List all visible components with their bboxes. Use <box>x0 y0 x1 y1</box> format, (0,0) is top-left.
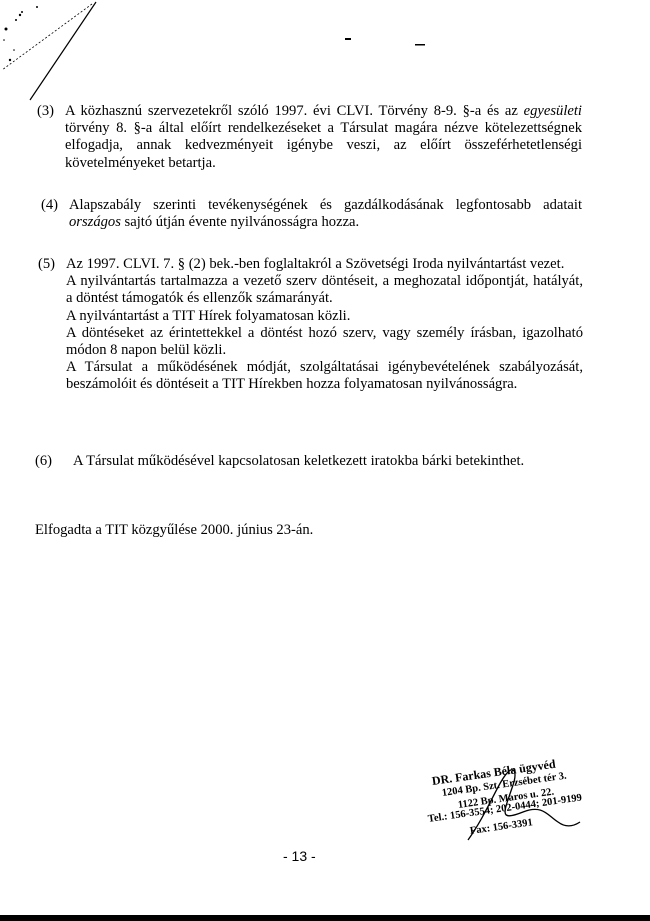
paragraph-number: (5) <box>38 256 55 273</box>
lawyer-stamp: DR. Farkas Béla ügyvéd 1204 Bp. Szt. Erz… <box>428 752 588 832</box>
paragraph-text: A közhasznú szervezetekről szóló 1997. é… <box>65 103 582 172</box>
paragraph-text: Alapszabály szerinti tevékenységének és … <box>69 197 582 231</box>
scan-edge-bar <box>0 915 650 921</box>
paragraph-line: A nyilvántartást a TIT Hírek folyamatosa… <box>66 308 583 325</box>
paragraph-number: (6) <box>35 453 52 470</box>
scan-artifact-corner-icon <box>0 0 110 110</box>
paragraph-line: Az 1997. CLVI. 7. § (2) bek.-ben foglalt… <box>66 256 583 273</box>
text-segment-italic: országos <box>69 214 121 230</box>
signature-icon <box>428 752 588 842</box>
paragraph-4: (4) Alapszabály szerinti tevékenységének… <box>41 197 582 231</box>
text-segment: törvény 8. §-a által előírt rendelkezése… <box>65 120 582 170</box>
paragraph-number: (4) <box>41 197 58 214</box>
paragraph-5: (5) Az 1997. CLVI. 7. § (2) bek.-ben fog… <box>38 256 583 394</box>
document-page: (3) A közhasznú szervezetekről szóló 199… <box>0 0 650 921</box>
page-number: - 13 - <box>283 848 316 864</box>
paragraph-3: (3) A közhasznú szervezetekről szóló 199… <box>37 103 582 172</box>
text-segment-italic: egyesületi <box>524 103 582 119</box>
paragraph-text: A Társulat működésével kapcsolatosan kel… <box>73 453 555 470</box>
paragraph-6: (6) A Társulat működésével kapcsolatosan… <box>35 453 555 470</box>
text-segment: A közhasznú szervezetekről szóló 1997. é… <box>65 103 524 119</box>
paragraph-text: Az 1997. CLVI. 7. § (2) bek.-ben foglalt… <box>66 256 583 394</box>
paragraph-line: A Társulat a működésének módját, szolgál… <box>66 359 583 393</box>
text-segment: sajtó útján évente nyilvánosságra hozza. <box>121 214 359 230</box>
paragraph-line: A döntéseket az érintettekkel a döntést … <box>66 325 583 359</box>
text-segment: Alapszabály szerinti tevékenységének és … <box>69 197 582 213</box>
scan-artifact-marks-icon <box>340 36 430 50</box>
paragraph-line: A nyilvántartás tartalmazza a vezető sze… <box>66 273 583 307</box>
adoption-note: Elfogadta a TIT közgyűlése 2000. június … <box>35 522 313 539</box>
paragraph-number: (3) <box>37 103 54 120</box>
